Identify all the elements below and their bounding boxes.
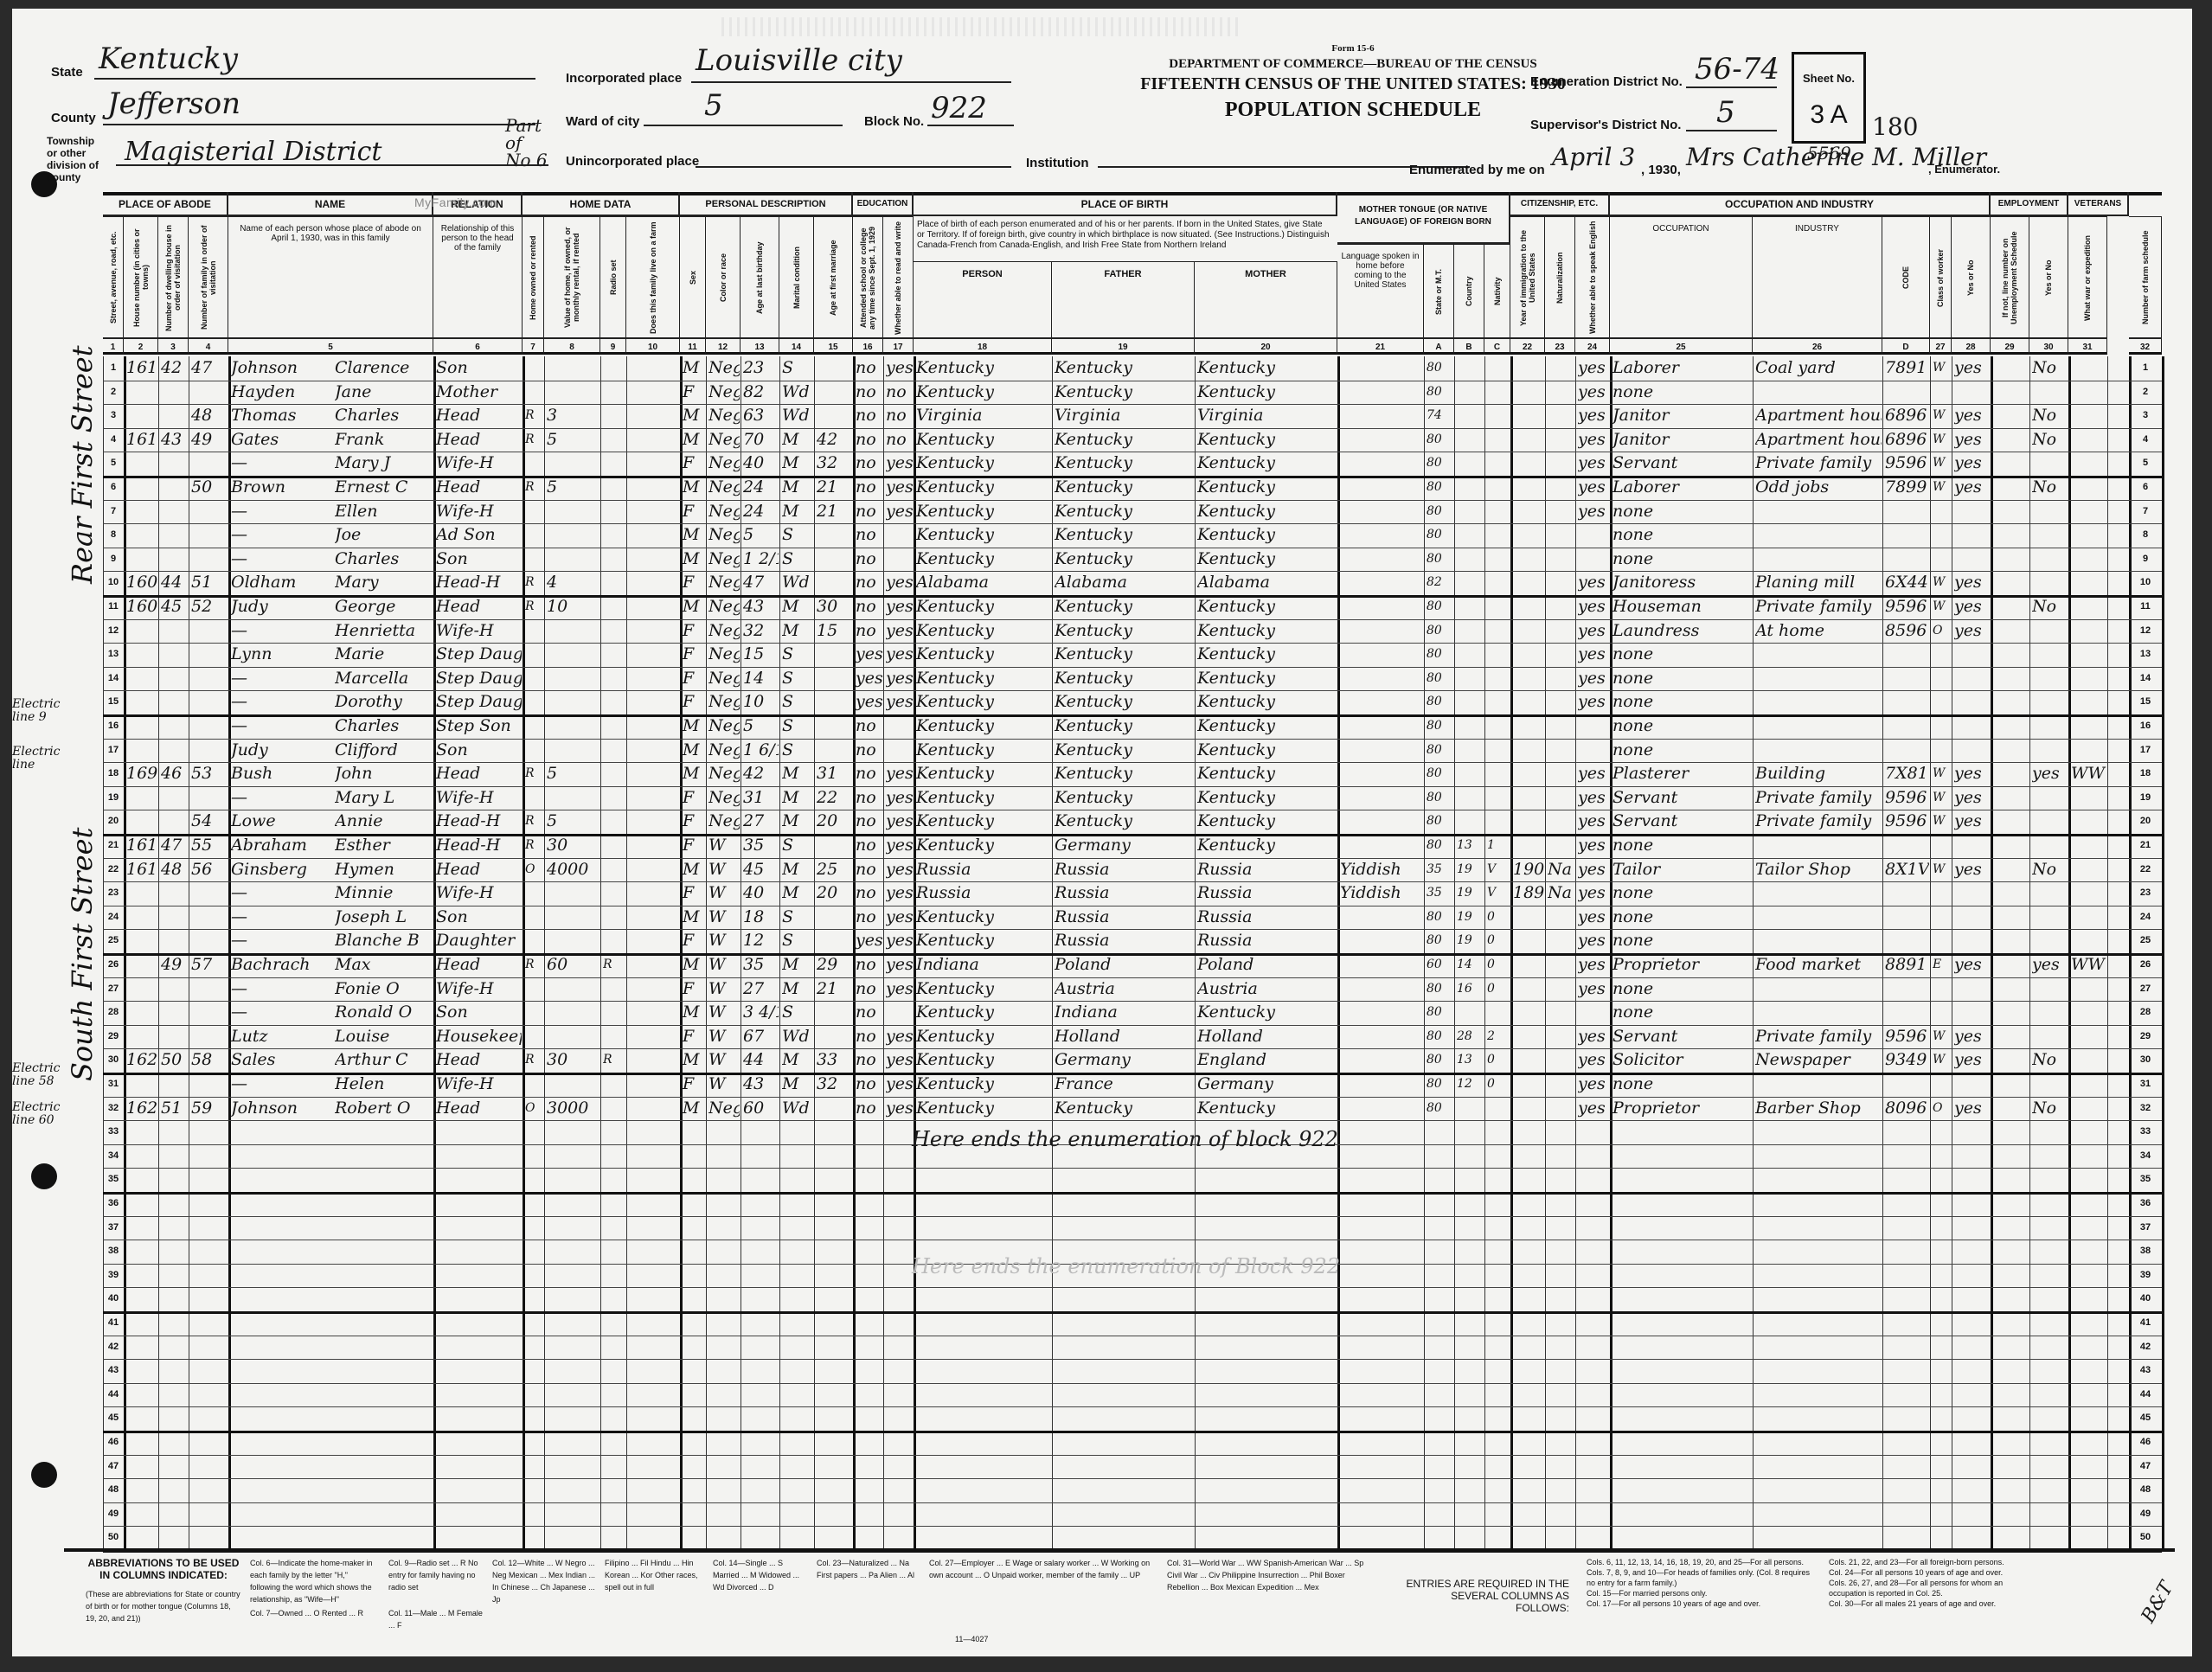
cell-class — [1933, 1001, 1951, 1024]
cell-lang — [1340, 476, 1423, 499]
grid-row-line — [103, 1001, 2162, 1002]
cell-work: yes — [1954, 1048, 1990, 1072]
cell-b — [1457, 595, 1484, 618]
cell-c — [1487, 1097, 1510, 1120]
cell-a: 80 — [1427, 1097, 1453, 1120]
cell-farm — [629, 452, 679, 475]
line-number: 24 — [103, 906, 124, 929]
cell-age-marr — [817, 643, 852, 666]
cell-marital: Wd — [782, 1025, 813, 1048]
cell-dwelling — [161, 523, 188, 547]
column-header: FATHER — [1052, 261, 1195, 337]
cell-radio — [603, 690, 625, 714]
cell-school: no — [856, 548, 882, 571]
column-number: 26 — [1753, 337, 1882, 355]
cell-mother: Virginia — [1197, 404, 1337, 427]
cell-b: 19 — [1457, 858, 1484, 881]
cell-dwelling — [161, 643, 188, 666]
cell-c: V — [1487, 858, 1510, 881]
cell-surname: — — [231, 714, 331, 738]
line-number: 19 — [2135, 786, 2156, 810]
grid-row-line — [103, 1287, 2162, 1288]
grid-row-line — [103, 810, 2162, 810]
cell-occupation: Servant — [1613, 452, 1752, 475]
cell-nat — [1548, 714, 1574, 738]
cell-age-marr: 15 — [817, 619, 852, 643]
cell-occupation: none — [1613, 500, 1752, 523]
cell-code — [1885, 739, 1929, 762]
cell-surname: Bachrach — [231, 953, 331, 977]
cell-house — [126, 452, 157, 475]
abbrev-col7: Col. 7—Owned ... O Rented ... R — [250, 1607, 380, 1619]
cell-family — [191, 1073, 228, 1096]
cell-industry: Private family — [1755, 595, 1882, 618]
cell-work — [1954, 881, 1990, 905]
line-number: 47 — [2135, 1455, 2156, 1478]
column-header: Relationship of this person to the head … — [433, 216, 523, 337]
cell-dwelling — [161, 786, 188, 810]
cell-a: 80 — [1427, 762, 1453, 785]
cell-sex: F — [683, 786, 705, 810]
abbrev-col27: Col. 27—Employer ... E Wage or salary wo… — [929, 1557, 1154, 1581]
cell-lang — [1340, 548, 1423, 571]
cell-english — [1578, 714, 1609, 738]
column-number: 22 — [1510, 337, 1545, 355]
cell-school: no — [856, 428, 882, 452]
cell-age: 82 — [743, 381, 779, 404]
cell-relation: Wife-H — [436, 786, 522, 810]
cell-race: Neg — [708, 690, 740, 714]
cell-unemp — [1993, 1025, 2029, 1048]
cell-war — [2071, 1048, 2106, 1072]
line-number: 15 — [2135, 690, 2156, 714]
census-sheet: State Kentucky County Jefferson Township… — [12, 9, 2192, 1656]
cell-c: 0 — [1487, 1073, 1510, 1096]
line-number: 11 — [103, 595, 124, 618]
cell-marital: M — [782, 977, 813, 1001]
cell-own — [525, 356, 543, 380]
cell-occupation: Solicitor — [1613, 1048, 1752, 1072]
cell-father: Russia — [1055, 881, 1194, 905]
cell-mother: Holland — [1197, 1025, 1337, 1048]
line-number: 25 — [103, 929, 124, 952]
cell-sex: M — [683, 714, 705, 738]
cell-value: 30 — [547, 834, 599, 857]
cell-war — [2071, 881, 2106, 905]
cell-value — [547, 523, 599, 547]
cell-work — [1954, 548, 1990, 571]
line-number: 15 — [103, 690, 124, 714]
cell-mother: Alabama — [1197, 571, 1337, 594]
cell-age-marr — [817, 571, 852, 594]
cell-farm — [629, 404, 679, 427]
cell-own — [525, 739, 543, 762]
incorporated-value: Louisville city — [696, 43, 902, 78]
grid-row-line — [103, 667, 2162, 668]
cell-radio — [603, 786, 625, 810]
cell-farm — [629, 356, 679, 380]
abbrev-title: ABBREVIATIONS TO BE USED IN COLUMNS INDI… — [86, 1557, 241, 1581]
column-number: 4 — [189, 337, 228, 355]
entries-item: Cols. 7, 8, 9, and 10—For heads of famil… — [1587, 1567, 1820, 1588]
cell-marital: S — [782, 643, 813, 666]
cell-class: W — [1933, 762, 1951, 785]
cell-value: 10 — [547, 595, 599, 618]
cell-english: yes — [1578, 619, 1609, 643]
cell-read: yes — [886, 667, 913, 690]
cell-dwelling: 47 — [161, 834, 188, 857]
cell-a: 74 — [1427, 404, 1453, 427]
cell-occupation: none — [1613, 548, 1752, 571]
cell-b — [1457, 810, 1484, 833]
sheet-number-box: Sheet No. 3 A — [1792, 52, 1866, 144]
cell-birth: Kentucky — [916, 548, 1051, 571]
cell-mother: Kentucky — [1197, 1001, 1337, 1024]
line-number: 6 — [2135, 476, 2156, 499]
cell-read — [886, 523, 913, 547]
cell-own — [525, 714, 543, 738]
line-number: 36 — [2135, 1192, 2156, 1215]
cell-lang — [1340, 500, 1423, 523]
cell-occupation: Houseman — [1613, 595, 1752, 618]
cell-c — [1487, 452, 1510, 475]
cell-work — [1954, 667, 1990, 690]
cell-family — [191, 523, 228, 547]
cell-work: yes — [1954, 1097, 1990, 1120]
cell-farm — [629, 1097, 679, 1120]
cell-marital: S — [782, 929, 813, 952]
column-number: 9 — [600, 337, 626, 355]
cell-family — [191, 786, 228, 810]
cell-war — [2071, 381, 2106, 404]
cell-c — [1487, 643, 1510, 666]
cell-english: yes — [1578, 500, 1609, 523]
cell-birth: Russia — [916, 858, 1051, 881]
enumerated-year: , 1930, — [1641, 163, 1681, 177]
cell-industry — [1755, 881, 1882, 905]
cell-b: 13 — [1457, 1048, 1484, 1072]
cell-school: yes — [856, 929, 882, 952]
cell-farm — [629, 548, 679, 571]
cell-work — [1954, 714, 1990, 738]
cell-birth: Kentucky — [916, 786, 1051, 810]
cell-b — [1457, 428, 1484, 452]
cell-marital: M — [782, 762, 813, 785]
cell-immig — [1513, 500, 1544, 523]
line-number: 31 — [2135, 1073, 2156, 1096]
column-header-label: Number of family in order of visitation — [200, 221, 217, 335]
supervisor-label: Supervisor's District No. — [1530, 118, 1681, 132]
group-veterans: VETERANS — [2068, 192, 2129, 216]
cell-industry: Private family — [1755, 786, 1882, 810]
column-header: Language spoken in home before coming to… — [1337, 244, 1424, 337]
line-number: 4 — [2135, 428, 2156, 452]
cell-unemp — [1993, 1073, 2029, 1096]
cell-marital: M — [782, 428, 813, 452]
cell-nat — [1548, 739, 1574, 762]
cell-c: V — [1487, 881, 1510, 905]
cell-given: Clifford — [335, 739, 433, 762]
line-number: 37 — [103, 1216, 124, 1240]
cell-dwelling — [161, 714, 188, 738]
cell-immig — [1513, 428, 1544, 452]
line-number: 48 — [103, 1478, 124, 1502]
cell-sex: M — [683, 1048, 705, 1072]
cell-house: 1605 — [126, 595, 157, 618]
cell-class: W — [1933, 452, 1951, 475]
cell-given: Charles — [335, 404, 433, 427]
cell-english: yes — [1578, 786, 1609, 810]
cell-a: 80 — [1427, 714, 1453, 738]
cell-war — [2071, 619, 2106, 643]
column-header-label: Country — [1465, 248, 1473, 335]
cell-code — [1885, 667, 1929, 690]
cell-war — [2071, 858, 2106, 881]
cell-marital: M — [782, 881, 813, 905]
cell-immig — [1513, 1001, 1544, 1024]
cell-read: yes — [886, 881, 913, 905]
cell-occupation: Janitor — [1613, 404, 1752, 427]
cell-sex: M — [683, 1097, 705, 1120]
column-number: 2 — [124, 337, 158, 355]
cell-code: 6896 — [1885, 428, 1929, 452]
cell-school: no — [856, 356, 882, 380]
cell-marital: M — [782, 452, 813, 475]
cell-own: R — [525, 595, 543, 618]
cell-b — [1457, 643, 1484, 666]
cell-marital: Wd — [782, 381, 813, 404]
cell-house — [126, 690, 157, 714]
cell-family: 51 — [191, 571, 228, 594]
cell-code — [1885, 929, 1929, 952]
cell-family — [191, 548, 228, 571]
cell-mother: Kentucky — [1197, 834, 1337, 857]
cell-value — [547, 667, 599, 690]
cell-work — [1954, 906, 1990, 929]
cell-own: R — [525, 953, 543, 977]
cell-radio — [603, 1073, 625, 1096]
cell-war — [2071, 906, 2106, 929]
cell-work — [1954, 1001, 1990, 1024]
cell-age-marr: 33 — [817, 1048, 852, 1072]
cell-code: 7891 — [1885, 356, 1929, 380]
cell-nat — [1548, 1073, 1574, 1096]
cell-immig — [1513, 548, 1544, 571]
cell-house — [126, 548, 157, 571]
column-number: 32 — [2129, 337, 2162, 355]
cell-surname: — — [231, 881, 331, 905]
cell-unemp — [1993, 858, 2029, 881]
cell-english: yes — [1578, 667, 1609, 690]
column-header: State or M.T. — [1424, 244, 1454, 337]
grid-row-line — [103, 381, 2162, 381]
cell-own: O — [525, 858, 543, 881]
column-number: 7 — [523, 337, 544, 355]
cell-school: no — [856, 714, 882, 738]
cell-given: Charles — [335, 548, 433, 571]
cell-c: 0 — [1487, 977, 1510, 1001]
cell-age: 14 — [743, 667, 779, 690]
cell-age-marr — [817, 714, 852, 738]
line-number: 4 — [103, 428, 124, 452]
cell-war — [2071, 667, 2106, 690]
cell-radio — [603, 977, 625, 1001]
line-number: 23 — [2135, 881, 2156, 905]
cell-family — [191, 619, 228, 643]
cell-own: O — [525, 1097, 543, 1120]
cell-school: no — [856, 1097, 882, 1120]
cell-age-marr: 31 — [817, 762, 852, 785]
cell-industry — [1755, 1001, 1882, 1024]
cell-b — [1457, 714, 1484, 738]
cell-class — [1933, 739, 1951, 762]
cell-immig — [1513, 953, 1544, 977]
cell-race: Neg — [708, 404, 740, 427]
group-place-of-abode: PLACE OF ABODE — [103, 192, 228, 216]
cell-given: Ellen — [335, 500, 433, 523]
cell-own: R — [525, 834, 543, 857]
cell-family: 48 — [191, 404, 228, 427]
cell-occupation: none — [1613, 1001, 1752, 1024]
cell-father: Kentucky — [1055, 667, 1194, 690]
column-header-label: Yes or No — [1966, 221, 1975, 335]
cell-mother: Germany — [1197, 1073, 1337, 1096]
cell-value: 5 — [547, 762, 599, 785]
column-header: Class of worker — [1930, 216, 1952, 337]
line-number: 34 — [2135, 1144, 2156, 1168]
cell-sex: M — [683, 404, 705, 427]
ward-line — [644, 125, 843, 126]
cell-unemp — [1993, 786, 2029, 810]
grid-row-line — [103, 906, 2162, 906]
cell-own: R — [525, 762, 543, 785]
enumerator-label: , Enumerator. — [1928, 163, 2000, 176]
cell-read: yes — [886, 452, 913, 475]
cell-read: yes — [886, 1073, 913, 1096]
cell-lang — [1340, 834, 1423, 857]
cell-race: Neg — [708, 548, 740, 571]
cell-nat — [1548, 619, 1574, 643]
cell-dwelling: 45 — [161, 595, 188, 618]
cell-vet — [2032, 906, 2068, 929]
cell-c: 1 — [1487, 834, 1510, 857]
cell-read: yes — [886, 929, 913, 952]
column-header-label: House number (in cities or towns) — [132, 221, 150, 335]
cell-school: no — [856, 881, 882, 905]
cell-radio: R — [603, 953, 625, 977]
cell-school: no — [856, 786, 882, 810]
cell-english: yes — [1578, 834, 1609, 857]
cell-father: Kentucky — [1055, 786, 1194, 810]
column-number: 23 — [1545, 337, 1575, 355]
cell-nat — [1548, 523, 1574, 547]
enum-district-line — [1686, 86, 1777, 88]
column-header: Home owned or rented — [523, 216, 544, 337]
column-header-label: Street, avenue, road, etc. — [109, 221, 118, 335]
cell-code: 9596 — [1885, 810, 1929, 833]
cell-birth: Kentucky — [916, 810, 1051, 833]
cell-relation: Housekeeper — [436, 1025, 522, 1048]
cell-given: Ernest C — [335, 476, 433, 499]
cell-industry — [1755, 667, 1882, 690]
cell-relation: Wife-H — [436, 881, 522, 905]
cell-english: yes — [1578, 881, 1609, 905]
column-header-label: OCCUPATION — [1610, 217, 1752, 240]
cell-war — [2071, 810, 2106, 833]
grid-row-line — [103, 953, 2162, 956]
cell-b: 19 — [1457, 929, 1484, 952]
cell-war — [2071, 404, 2106, 427]
cell-house — [126, 929, 157, 952]
cell-relation: Son — [436, 548, 522, 571]
cell-lang — [1340, 1073, 1423, 1096]
cell-birth: Kentucky — [916, 1025, 1051, 1048]
cell-occupation: Janitor — [1613, 428, 1752, 452]
grid-row-line — [103, 929, 2162, 930]
watermark: MyFamily.com — [414, 195, 497, 209]
cell-class: W — [1933, 404, 1951, 427]
cell-unemp — [1993, 714, 2029, 738]
column-header-label: Naturalization — [1555, 221, 1564, 335]
column-header-label: Year of immigration to the United States — [1519, 221, 1536, 335]
cell-given: Dorothy — [335, 690, 433, 714]
cell-vet — [2032, 381, 2068, 404]
cell-english: yes — [1578, 858, 1609, 881]
cell-farm — [629, 1025, 679, 1048]
cell-vet — [2032, 1001, 2068, 1024]
cell-surname: — — [231, 929, 331, 952]
column-number: 16 — [853, 337, 883, 355]
cell-industry: Barber Shop — [1755, 1097, 1882, 1120]
cell-b — [1457, 381, 1484, 404]
cell-industry: Coal yard — [1755, 356, 1882, 380]
cell-age: 1 6/12 — [743, 739, 779, 762]
column-number: 6 — [433, 337, 523, 355]
cell-b: 14 — [1457, 953, 1484, 977]
line-number: 37 — [2135, 1216, 2156, 1240]
cell-sex: M — [683, 1001, 705, 1024]
column-header-label: Radio set — [609, 221, 618, 335]
cell-nat — [1548, 476, 1574, 499]
cell-relation: Head — [436, 404, 522, 427]
cell-given: John — [335, 762, 433, 785]
cell-school: no — [856, 977, 882, 1001]
cell-value — [547, 929, 599, 952]
cell-unemp — [1993, 404, 2029, 427]
cell-nat — [1548, 786, 1574, 810]
column-header: MOTHER — [1195, 261, 1337, 337]
cell-age: 35 — [743, 834, 779, 857]
column-number: 21 — [1337, 337, 1424, 355]
cell-house — [126, 1001, 157, 1024]
cell-c — [1487, 1001, 1510, 1024]
cell-war — [2071, 356, 2106, 380]
column-header-label: What war or expedition — [2083, 221, 2092, 335]
cell-marital: S — [782, 834, 813, 857]
cell-age: 40 — [743, 452, 779, 475]
column-number: 31 — [2068, 337, 2107, 355]
cell-farm — [629, 810, 679, 833]
line-number: 46 — [103, 1431, 124, 1454]
cell-vet — [2032, 929, 2068, 952]
cell-surname: Lowe — [231, 810, 331, 833]
cell-read: yes — [886, 1048, 913, 1072]
cell-work: yes — [1954, 786, 1990, 810]
cell-farm — [629, 1073, 679, 1096]
cell-farm — [629, 619, 679, 643]
cell-surname: Judy — [231, 739, 331, 762]
enumerated-date: April 3 — [1552, 143, 1635, 171]
